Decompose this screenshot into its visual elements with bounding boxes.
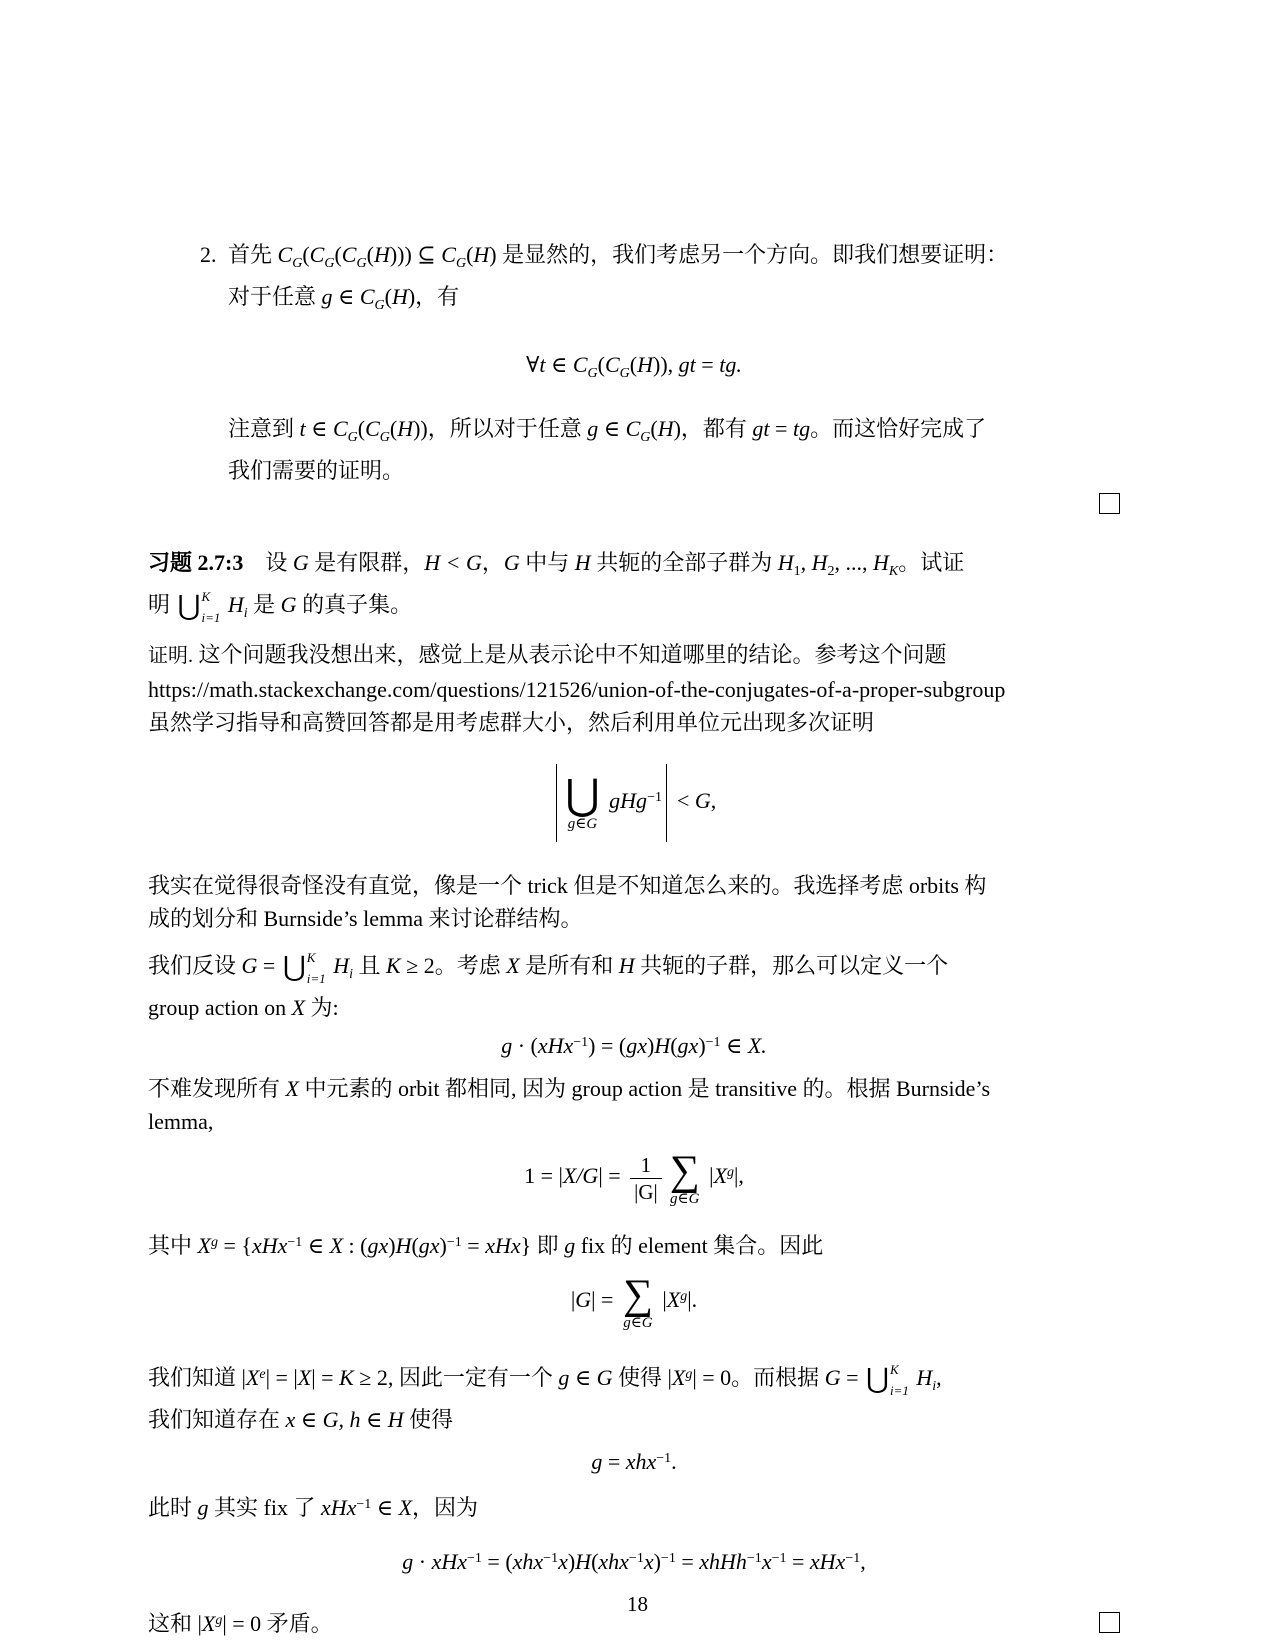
- text-segment: 的真子集。: [297, 592, 413, 617]
- text-segment: 此时: [148, 1495, 198, 1520]
- text-segment: |.: [687, 1287, 697, 1312]
- text-segment: 中与: [520, 550, 575, 575]
- text-segment: 虽然学习指导和高赞回答都是用考虑群大小，然后利用单位元出现多次证明: [148, 710, 874, 735]
- text-segment: | =: [311, 1365, 339, 1390]
- text-segment: G: [695, 788, 711, 813]
- text-segment: −1: [706, 1035, 721, 1050]
- text-segment: G: [292, 256, 302, 271]
- text-segment: =: [257, 953, 280, 978]
- text-segment: xHx: [538, 1033, 573, 1058]
- text-segment: xhx: [626, 1449, 657, 1474]
- text-segment: G: [293, 550, 309, 575]
- text-segment: C: [360, 284, 375, 309]
- text-segment: −1: [629, 1551, 644, 1566]
- text-segment: ，因为: [412, 1495, 478, 1520]
- fraction-part: 1: [630, 1152, 662, 1179]
- text-segment: x: [762, 1549, 772, 1574]
- text-segment: 为:: [305, 995, 339, 1020]
- text-segment: 使得: [404, 1407, 454, 1432]
- text-segment: =: [462, 1233, 485, 1258]
- text-segment: · (: [512, 1033, 538, 1058]
- text-segment: =: [676, 1549, 699, 1574]
- text-segment: G: [348, 430, 358, 445]
- text-segment: fix 的 element 集合。因此: [575, 1233, 823, 1258]
- text-segment: tg.: [719, 352, 742, 377]
- text-segment: )，都有: [674, 416, 753, 441]
- text-segment: ): [388, 1233, 395, 1258]
- text-segment: } 即: [521, 1233, 565, 1258]
- display-formula-group-action: g · (xHx−1) = (gx)H(gx)−1 ∈ X.: [148, 1026, 1120, 1062]
- text-segment: https://math.stackexchange.com/questions…: [148, 677, 1005, 702]
- text-segment: C: [310, 242, 325, 267]
- text-segment: gx: [626, 1033, 647, 1058]
- text-segment: xHx: [321, 1495, 356, 1520]
- text-segment: 1: [794, 564, 801, 579]
- text-segment: gt: [752, 416, 769, 441]
- delimiter-bar: [666, 764, 668, 842]
- text-segment: ): [440, 1233, 447, 1258]
- text-line: 1 = |X/G| = 1|G|∑g∈G |Xg|,: [524, 1149, 744, 1207]
- text-line: 我们反设 G = ⋃Ki=1 Hi 且 K ≥ 2。考虑 X 是所有和 H 共轭…: [148, 949, 1120, 991]
- text-segment: xhx: [598, 1549, 629, 1574]
- inline-union-operator: ⋃Ki=1: [283, 951, 326, 985]
- text-segment: ∈: [302, 1233, 329, 1258]
- text-segment: H: [396, 1233, 412, 1258]
- text-segment: −1: [845, 1551, 860, 1566]
- text-segment: −1: [573, 1035, 588, 1050]
- text-segment: ，: [482, 550, 504, 575]
- fraction: 1|G|: [630, 1152, 662, 1205]
- text-segment: C: [605, 352, 620, 377]
- operator-limit: i=1: [307, 972, 326, 985]
- display-formula-burnside: 1 = |X/G| = 1|G|∑g∈G |Xg|,: [148, 1140, 1120, 1216]
- text-segment: |,: [734, 1163, 744, 1188]
- text-segment: G: [575, 1287, 591, 1312]
- text-segment: 是: [248, 592, 281, 617]
- paragraph-proof-start: 证明. 这个问题我没想出来，感觉上是从表示论中不知道哪里的结论。参考这个问题ht…: [148, 638, 1120, 739]
- union-icon: ⋃: [283, 953, 306, 983]
- text-line: 明 ⋃Ki=1 Hi 是 G 的真子集。: [148, 588, 1120, 630]
- text-segment: (: [670, 1033, 677, 1058]
- operator-limits: Ki=1: [201, 590, 220, 624]
- text-segment: | = |: [266, 1365, 298, 1390]
- text-segment: xHx: [252, 1233, 287, 1258]
- text-segment: ,: [711, 788, 717, 813]
- text-segment: ∈: [371, 1495, 398, 1520]
- text-segment: 我实在觉得很奇怪没有直觉，像是一个 trick 但是不知道怎么来的。我选择考虑 …: [148, 873, 986, 898]
- qed-symbol: [1099, 493, 1120, 514]
- text-segment: (: [334, 242, 341, 267]
- text-segment: : (: [343, 1233, 367, 1258]
- text-segment: | = 0。而根据: [692, 1365, 824, 1390]
- text-segment: X: [198, 1233, 211, 1258]
- operator-limits: Ki=1: [307, 951, 326, 985]
- text-line: g · (xHx−1) = (gx)H(gx)−1 ∈ X.: [148, 1026, 1120, 1062]
- list-item-2: 2. 首先 CG(CG(CG(H))) ⊆ CG(H) 是显然的，我们考虑另一个…: [148, 238, 1120, 322]
- text-segment: H < G: [424, 550, 482, 575]
- text-segment: H: [374, 242, 390, 267]
- text-segment: H: [654, 1033, 670, 1058]
- text-line: 此时 g 其实 fix 了 xHx−1 ∈ X，因为: [148, 1488, 1120, 1524]
- paragraph-orbit: 不难发现所有 X 中元素的 orbit 都相同, 因为 group action…: [148, 1072, 1120, 1138]
- text-segment: K: [889, 564, 898, 579]
- text-segment: =: [770, 416, 793, 441]
- text-segment: C: [342, 242, 357, 267]
- text-segment: )，有: [408, 284, 459, 309]
- operator-underscript: g∈G: [565, 816, 599, 832]
- text-segment: H: [911, 1365, 932, 1390]
- text-segment: gHg: [604, 788, 647, 813]
- list-item-text: 首先 CG(CG(CG(H))) ⊆ CG(H) 是显然的，我们考虑另一个方向。…: [228, 238, 1120, 322]
- text-segment: H: [397, 416, 413, 441]
- text-segment: 共轭的全部子群为: [591, 550, 778, 575]
- text-segment: |: [657, 1287, 667, 1312]
- text-line: 我们知道 |Xe| = |X| = K ≥ 2, 因此一定有一个 g ∈ G 使…: [148, 1358, 1120, 1403]
- text-segment: G: [588, 366, 598, 381]
- text-segment: 其实 fix 了: [209, 1495, 321, 1520]
- text-segment: xHx: [432, 1549, 467, 1574]
- text-segment: H: [637, 352, 653, 377]
- text-segment: g: [727, 1165, 734, 1180]
- text-segment: K: [386, 953, 401, 978]
- paragraph-exercise-2-7-3: 习题 2.7:3 设 G 是有限群，H < G，G 中与 H 共轭的全部子群为 …: [148, 546, 1120, 630]
- text-segment: =: [696, 352, 719, 377]
- text-segment: X: [399, 1495, 412, 1520]
- text-segment: X: [667, 1287, 680, 1312]
- text-segment: 我们知道 |: [148, 1365, 246, 1390]
- display-formula-union-bound: ⋃g∈G gHg−1 < G,: [148, 757, 1120, 849]
- text-segment: −1: [356, 1497, 371, 1512]
- text-line: ∀t ∈ CG(CG(H)), gt = tg.: [148, 348, 1120, 390]
- text-segment: = (: [482, 1549, 513, 1574]
- text-segment: 明: [148, 592, 176, 617]
- text-segment: G: [640, 430, 650, 445]
- text-segment: 我们知道存在: [148, 1407, 286, 1432]
- text-segment: 使得 |: [613, 1365, 672, 1390]
- text-line: 习题 2.7:3 设 G 是有限群，H < G，G 中与 H 共轭的全部子群为 …: [148, 546, 1120, 588]
- text-segment: 注意到: [228, 416, 300, 441]
- text-segment: G: [242, 953, 258, 978]
- text-segment: −1: [447, 1235, 462, 1250]
- text-line: 注意到 t ∈ CG(CG(H))，所以对于任意 g ∈ CG(H)，都有 gt…: [228, 412, 1120, 454]
- text-segment: (: [385, 284, 392, 309]
- text-segment: ))，所以对于任意: [413, 416, 587, 441]
- text-segment: 我们反设: [148, 953, 242, 978]
- page-number: 18: [0, 1592, 1275, 1617]
- text-segment: −1: [543, 1551, 558, 1566]
- text-segment: = {: [218, 1233, 252, 1258]
- text-segment: −1: [661, 1551, 676, 1566]
- text-segment: ): [698, 1033, 705, 1058]
- text-line: 不难发现所有 X 中元素的 orbit 都相同, 因为 group action…: [148, 1072, 1120, 1105]
- text-segment: 共轭的子群，那么可以定义一个: [635, 953, 949, 978]
- text-line: 证明. 这个问题我没想出来，感觉上是从表示论中不知道哪里的结论。参考这个问题: [148, 638, 1120, 673]
- text-segment: g: [564, 1233, 575, 1258]
- text-segment: | =: [598, 1163, 626, 1188]
- text-segment: X.: [748, 1033, 767, 1058]
- text-segment: C: [626, 416, 641, 441]
- text-segment: (: [650, 416, 657, 441]
- text-line: g = xhx−1.: [148, 1442, 1120, 1478]
- text-segment: 证明.: [148, 645, 193, 667]
- text-segment: g: [402, 1549, 413, 1574]
- text-segment: H: [222, 592, 243, 617]
- text-segment: x: [558, 1549, 568, 1574]
- text-segment: 这个问题我没想出来，感觉上是从表示论中不知道哪里的结论。参考这个问题: [193, 642, 947, 667]
- text-line: ⋃g∈G gHg−1 < G,: [552, 764, 717, 842]
- text-segment: ·: [413, 1549, 431, 1574]
- display-formula-conjugate: g = xhx−1.: [148, 1442, 1120, 1478]
- paragraph-fixed-set: 其中 Xg = {xHx−1 ∈ X : (gx)H(gx)−1 = xHx} …: [148, 1226, 1120, 1262]
- text-segment: 1 = |: [524, 1163, 563, 1188]
- text-segment: gx: [678, 1033, 699, 1058]
- text-segment: (: [358, 416, 365, 441]
- text-segment: G: [356, 256, 366, 271]
- text-segment: −1: [656, 1451, 671, 1466]
- text-segment: H: [619, 953, 635, 978]
- text-segment: (: [598, 352, 605, 377]
- text-segment: x: [286, 1407, 296, 1432]
- text-segment: .: [671, 1449, 677, 1474]
- text-segment: group action on: [148, 995, 292, 1020]
- text-line: |G| = ∑g∈G |Xg|.: [571, 1273, 697, 1331]
- text-segment: 。试证: [898, 550, 964, 575]
- text-segment: G: [825, 1365, 841, 1390]
- text-segment: G: [324, 256, 334, 271]
- text-segment: X: [330, 1233, 343, 1258]
- text-line: 我实在觉得很奇怪没有直觉，像是一个 trick 但是不知道怎么来的。我选择考虑 …: [148, 869, 1120, 902]
- text-segment: H: [778, 550, 794, 575]
- text-segment: g: [198, 1495, 209, 1520]
- operator-limit: i=1: [201, 611, 220, 624]
- text-segment: X/G: [563, 1163, 598, 1188]
- text-segment: H: [328, 953, 349, 978]
- display-formula-final: g · xHx−1 = (xhx−1x)H(xhx−1x)−1 = xhHh−1…: [148, 1542, 1120, 1578]
- text-segment: ,: [860, 1549, 866, 1574]
- text-segment: 是所有和: [520, 953, 619, 978]
- inline-union-operator: ⋃Ki=1: [866, 1363, 909, 1397]
- text-line: group action on X 为:: [148, 991, 1120, 1024]
- text-segment: =: [602, 1449, 625, 1474]
- text-segment: xHx: [485, 1233, 520, 1258]
- text-segment: ))) ⊆: [390, 242, 441, 267]
- text-segment: C: [278, 242, 293, 267]
- text-segment: gx: [419, 1233, 440, 1258]
- text-segment: G: [375, 298, 385, 313]
- qed-line: [148, 493, 1120, 520]
- text-segment: g: [591, 1449, 602, 1474]
- text-line: 首先 CG(CG(CG(H))) ⊆ CG(H) 是显然的，我们考虑另一个方向。…: [228, 238, 1120, 280]
- operator-underscript: g∈G: [623, 1315, 653, 1331]
- text-segment: |: [704, 1163, 714, 1188]
- text-segment: 成的划分和 Burnside’s lemma 来讨论群结构。: [148, 906, 582, 931]
- text-segment: G: [620, 366, 630, 381]
- text-segment: =: [841, 1365, 864, 1390]
- text-segment: xHx: [810, 1549, 845, 1574]
- union-icon: ⋃: [866, 1365, 889, 1395]
- text-segment: <: [671, 788, 694, 813]
- display-formula-order-sum: |G| = ∑g∈G |Xg|.: [148, 1266, 1120, 1338]
- text-segment: G, h: [323, 1407, 361, 1432]
- text-line: 其中 Xg = {xHx−1 ∈ X : (gx)H(gx)−1 = xHx} …: [148, 1226, 1120, 1262]
- text-segment: ∈: [360, 1407, 387, 1432]
- text-segment: ∈: [721, 1033, 748, 1058]
- text-segment: 习题 2.7:3: [148, 550, 243, 575]
- text-segment: H: [873, 550, 889, 575]
- text-segment: ,: [936, 1365, 942, 1390]
- text-segment: G: [456, 256, 466, 271]
- text-segment: 不难发现所有: [148, 1076, 286, 1101]
- text-segment: C: [441, 242, 456, 267]
- text-column: 2. 首先 CG(CG(CG(H))) ⊆ CG(H) 是显然的，我们考虑另一个…: [148, 238, 1120, 1640]
- text-segment: H: [392, 284, 408, 309]
- paragraph-assumption: 我们反设 G = ⋃Ki=1 Hi 且 K ≥ 2。考虑 X 是所有和 H 共轭…: [148, 949, 1120, 1024]
- text-line: https://math.stackexchange.com/questions…: [148, 673, 1120, 706]
- text-segment: −1: [467, 1551, 482, 1566]
- text-line: 我们需要的证明。: [228, 454, 1120, 487]
- list-item-number: 2.: [200, 238, 217, 271]
- text-segment: X: [246, 1365, 259, 1390]
- summation-icon: ∑: [670, 1149, 700, 1193]
- text-segment: gt: [679, 352, 696, 377]
- text-segment: | =: [591, 1287, 619, 1312]
- text-segment: ∈: [546, 352, 573, 377]
- text-segment: , ...,: [834, 550, 873, 575]
- text-segment: K: [339, 1365, 354, 1390]
- operator-limit: K: [307, 951, 326, 964]
- text-line: g · xHx−1 = (xhx−1x)H(xhx−1x)−1 = xhHh−1…: [148, 1542, 1120, 1578]
- text-segment: X: [286, 1076, 299, 1101]
- text-segment: 中元素的 orbit 都相同, 因为 group action 是 transi…: [299, 1076, 990, 1101]
- text-segment: ,: [801, 550, 812, 575]
- text-segment: x: [644, 1549, 654, 1574]
- text-segment: ≥ 2。考虑: [401, 953, 507, 978]
- text-segment: tg: [793, 416, 810, 441]
- paragraph-know: 我们知道 |Xe| = |X| = K ≥ 2, 因此一定有一个 g ∈ G 使…: [148, 1358, 1120, 1436]
- union-icon: ⋃: [178, 592, 201, 622]
- delimiter-bar: [556, 764, 558, 842]
- text-line: 我们知道存在 x ∈ G, h ∈ H 使得: [148, 1403, 1120, 1436]
- text-segment: 首先: [228, 242, 278, 267]
- operator-limit: K: [890, 1363, 909, 1376]
- text-segment: =: [786, 1549, 809, 1574]
- text-segment: X: [506, 953, 519, 978]
- text-segment: ): [654, 1549, 661, 1574]
- text-segment: ) 是显然的，我们考虑另一个方向。即我们想要证明：: [489, 242, 1008, 267]
- text-segment: 对于任意: [228, 284, 322, 309]
- text-segment: ≥ 2, 因此一定有一个: [354, 1365, 559, 1390]
- text-segment: 且: [353, 953, 386, 978]
- text-line: lemma,: [148, 1105, 1120, 1138]
- text-line: 成的划分和 Burnside’s lemma 来讨论群结构。: [148, 902, 1120, 935]
- text-segment: ∀: [526, 352, 539, 377]
- inline-union-operator: ⋃Ki=1: [178, 590, 221, 624]
- text-segment: gx: [367, 1233, 388, 1258]
- text-segment: X: [672, 1365, 685, 1390]
- text-segment: 我们需要的证明。: [228, 458, 404, 483]
- big-operator: ⋃g∈G: [565, 774, 599, 832]
- text-segment: (: [411, 1233, 418, 1258]
- text-segment: 设: [243, 550, 293, 575]
- text-segment: −1: [287, 1235, 302, 1250]
- union-icon: ⋃: [565, 774, 599, 818]
- display-formula-forall: ∀t ∈ CG(CG(H)), gt = tg.: [148, 348, 1120, 390]
- text-segment: 。而这恰好完成了: [810, 416, 986, 441]
- text-segment: G: [380, 430, 390, 445]
- fraction-part: |G|: [630, 1179, 662, 1205]
- text-segment: H: [388, 1407, 404, 1432]
- text-segment: xhHh: [699, 1549, 747, 1574]
- big-operator: ∑g∈G: [670, 1149, 700, 1207]
- text-segment: g: [587, 416, 598, 441]
- text-segment: (: [302, 242, 309, 267]
- text-segment: G: [504, 550, 520, 575]
- document-page: 2. 首先 CG(CG(CG(H))) ⊆ CG(H) 是显然的，我们考虑另一个…: [0, 0, 1275, 1650]
- text-segment: G: [597, 1365, 613, 1390]
- text-segment: xhx: [513, 1549, 544, 1574]
- text-segment: −1: [747, 1551, 762, 1566]
- text-line: 虽然学习指导和高赞回答都是用考虑群大小，然后利用单位元出现多次证明: [148, 706, 1120, 739]
- text-segment: ∈: [306, 416, 333, 441]
- text-segment: g: [501, 1033, 512, 1058]
- paragraph-trick: 我实在觉得很奇怪没有直觉，像是一个 trick 但是不知道怎么来的。我选择考虑 …: [148, 869, 1120, 935]
- text-segment: g: [558, 1365, 569, 1390]
- operator-underscript: g∈G: [670, 1191, 700, 1207]
- operator-limit: K: [201, 590, 220, 603]
- text-segment: X: [298, 1365, 311, 1390]
- text-segment: X: [714, 1163, 727, 1188]
- text-segment: ∈: [333, 284, 360, 309]
- text-segment: H: [575, 1549, 591, 1574]
- paragraph-fixes: 此时 g 其实 fix 了 xHx−1 ∈ X，因为: [148, 1488, 1120, 1524]
- text-segment: G: [281, 592, 297, 617]
- text-segment: lemma,: [148, 1109, 213, 1134]
- text-segment: −1: [772, 1551, 787, 1566]
- text-segment: ) = (: [588, 1033, 626, 1058]
- summation-icon: ∑: [623, 1273, 653, 1317]
- text-segment: H: [473, 242, 489, 267]
- text-segment: X: [292, 995, 305, 1020]
- text-segment: ∈: [598, 416, 625, 441]
- text-segment: C: [573, 352, 588, 377]
- text-segment: H: [658, 416, 674, 441]
- text-segment: ∈: [569, 1365, 596, 1390]
- text-segment: g: [211, 1235, 218, 1250]
- text-segment: C: [333, 416, 348, 441]
- text-segment: C: [365, 416, 380, 441]
- text-segment: 是有限群，: [309, 550, 425, 575]
- text-segment: −1: [647, 790, 662, 805]
- operator-limit: i=1: [890, 1384, 909, 1397]
- text-line: 对于任意 g ∈ CG(H)，有: [228, 280, 1120, 322]
- paragraph-note: 注意到 t ∈ CG(CG(H))，所以对于任意 g ∈ CG(H)，都有 gt…: [148, 412, 1120, 487]
- big-operator: ∑g∈G: [623, 1273, 653, 1331]
- text-segment: H: [812, 550, 828, 575]
- text-segment: 其中: [148, 1233, 198, 1258]
- text-segment: ∈: [295, 1407, 322, 1432]
- text-segment: g: [322, 284, 333, 309]
- text-segment: H: [575, 550, 591, 575]
- text-segment: (: [367, 242, 374, 267]
- operator-limits: Ki=1: [890, 1363, 909, 1397]
- text-segment: )),: [653, 352, 679, 377]
